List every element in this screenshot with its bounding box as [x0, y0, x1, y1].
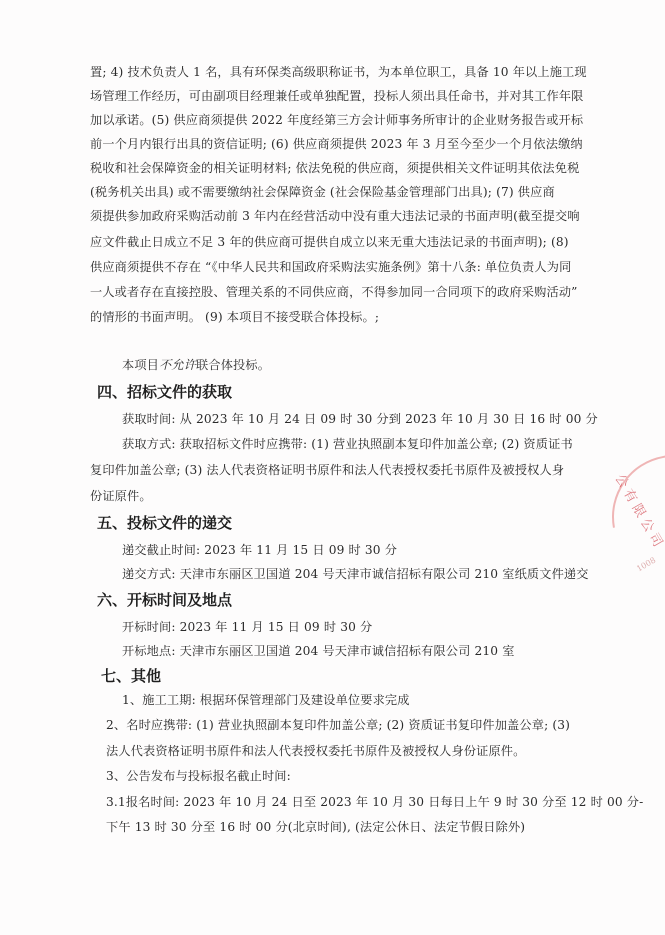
consortium-note-suffix: 联合体投标。 — [196, 358, 270, 372]
paragraph-line: 场管理工作经历，可由副项目经理兼任或单独配置，投标人须出具任命书，并对其工作年限 — [90, 88, 584, 104]
section-heading-bid-opening: 六、开标时间及地点 — [97, 591, 232, 609]
section-heading-other: 七、其他 — [101, 667, 161, 685]
paragraph-line: 置; 4) 技术负责人 1 名，具有环保类高级职称证书，为本单位职工，具备 10… — [90, 64, 587, 80]
paragraph-line: 须提供参加政府采购活动前 3 年内在经营活动中没有重大违法记录的书面声明(截至提… — [90, 208, 580, 224]
section-line: 下午 13 时 30 分至 16 时 00 分(北京时间), (法定公休日、法定… — [106, 819, 525, 835]
paragraph-line: 税收和社会保障资金的相关证明材料; 依法免税的供应商，须提供相关文件证明其依法免… — [90, 160, 579, 176]
section-heading-obtain-documents: 四、招标文件的获取 — [97, 383, 232, 401]
section-line: 1、施工工期: 根据环保管理部门及建设单位要求完成 — [122, 692, 410, 708]
paragraph-line: 的情形的书面声明。 (9) 本项目不接受联合体投标。; — [90, 309, 379, 325]
section-line: 递交截止时间: 2023 年 11 月 15 日 09 时 30 分 — [122, 542, 397, 558]
paragraph-line: 加以承诺。(5) 供应商须提供 2022 年度经第三方会计师事务所审计的企业财务… — [90, 112, 583, 128]
section-line: 获取方式: 获取招标文件时应携带: (1) 营业执照副本复印件加盖公章; (2)… — [122, 436, 573, 452]
section-line: 3.1报名时间: 2023 年 10 月 24 日至 2023 年 10 月 3… — [106, 794, 643, 810]
section-line: 获取时间: 从 2023 年 10 月 24 日 09 时 30 分到 2023… — [122, 411, 598, 427]
section-line: 2、名时应携带: (1) 营业执照副本复印件加盖公章; (2) 资质证书复印件加… — [106, 717, 570, 733]
paragraph-line: (税务机关出具) 或不需要缴纳社会保障资金 (社会保险基金管理部门出具); (7… — [90, 184, 555, 200]
section-line: 复印件加盖公章; (3) 法人代表资格证明书原件和法人代表授权委托书原件及被授权… — [90, 462, 564, 478]
paragraph-line: 一人或者存在直接控股、管理关系的不同供应商，不得参加同一合同项下的政府采购活动” — [90, 284, 578, 300]
document-page: 置; 4) 技术负责人 1 名，具有环保类高级职称证书，为本单位职工，具备 10… — [0, 0, 665, 935]
paragraph-line: 前一个月内银行出具的资信证明; (6) 供应商须提供 2023 年 3 月至今至… — [90, 136, 583, 152]
section-heading-submission: 五、投标文件的递交 — [97, 514, 232, 532]
section-line: 法人代表资格证明书原件和法人代表授权委托书原件及被授权人身份证原件。 — [106, 743, 525, 759]
section-line: 份证原件。 — [90, 488, 152, 504]
section-line: 递交方式: 天津市东丽区卫国道 204 号天津市诚信招标有限公司 210 室纸质… — [122, 566, 589, 582]
section-line: 开标地点: 天津市东丽区卫国道 204 号天津市诚信招标有限公司 210 室 — [122, 643, 515, 659]
paragraph-line: 供应商须提供不存在 “《中华人民共和国政府采购法实施条例》第十八条: 单位负责人… — [90, 259, 571, 275]
consortium-note-italic: 不允许 — [159, 358, 196, 372]
paragraph-line: 应文件截止日成立不足 3 年的供应商可提供自成立以来无重大违法记录的书面声明);… — [90, 234, 569, 250]
section-line: 3、公告发布与投标报名截止时间: — [106, 768, 291, 784]
section-line: 开标时间: 2023 年 11 月 15 日 09 时 30 分 — [122, 619, 372, 635]
consortium-note: 本项目不允许联合体投标。 — [122, 357, 270, 373]
consortium-note-prefix: 本项目 — [122, 358, 159, 372]
